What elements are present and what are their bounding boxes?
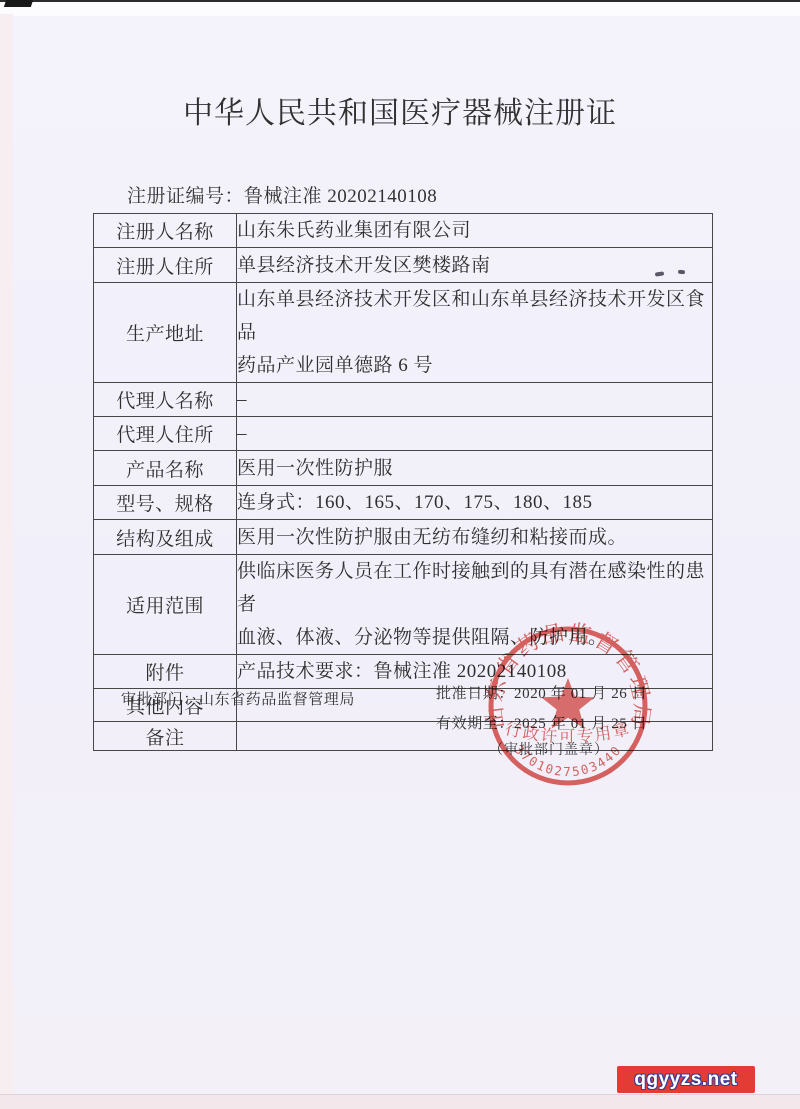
table-row: 生产地址 山东单县经济技术开发区和山东单县经济技术开发区食品 药品产业园单德路 … <box>94 283 713 383</box>
row-value: 医用一次性防护服 <box>237 451 713 486</box>
scan-edge-left <box>0 14 13 1094</box>
registration-number-line: 注册证编号：鲁械注准 20202140108 <box>127 181 437 208</box>
row-value: 单县经济技术开发区樊楼路南 <box>237 248 713 283</box>
table-row: 注册人住所 单县经济技术开发区樊楼路南 <box>94 248 713 283</box>
row-label: 附件 <box>94 655 237 689</box>
watermark-text: qgyyzs.net <box>634 1069 737 1091</box>
table-row: 结构及组成 医用一次性防护服由无纺布缝纫和粘接而成。 <box>94 520 713 555</box>
table-row: 型号、规格 连身式：160、165、170、175、180、185 <box>94 486 713 520</box>
table-row: 代理人名称 – <box>94 383 713 417</box>
scan-corner-artifact <box>4 0 33 7</box>
row-value: 山东单县经济技术开发区和山东单县经济技术开发区食品 药品产业园单德路 6 号 <box>237 283 713 383</box>
row-value: 连身式：160、165、170、175、180、185 <box>237 486 713 520</box>
table-row: 产品名称 医用一次性防护服 <box>94 451 713 486</box>
row-label: 代理人名称 <box>94 383 237 417</box>
row-value: 山东朱氏药业集团有限公司 <box>237 214 713 248</box>
seal-star-icon <box>541 678 594 729</box>
certificate-page: 中华人民共和国医疗器械注册证 注册证编号：鲁械注准 20202140108 注册… <box>0 0 800 1109</box>
row-value: – <box>237 417 713 451</box>
row-label: 型号、规格 <box>94 486 237 520</box>
row-label: 适用范围 <box>94 555 237 655</box>
row-label: 代理人住所 <box>94 417 237 451</box>
svg-text:行政许可专用章: 行政许可专用章 <box>503 718 633 746</box>
official-seal-stamp-icon: 山东省药品监督管理局 行政许可专用章 3701027503440 <box>468 606 668 806</box>
table-row: 代理人住所 – <box>94 417 713 451</box>
site-watermark: qgyyzs.net <box>617 1066 755 1093</box>
row-label: 注册人名称 <box>94 214 237 248</box>
approval-department: 审批部门：山东省药品监督管理局 <box>121 688 355 709</box>
row-label: 结构及组成 <box>94 520 237 555</box>
certificate-title: 中华人民共和国医疗器械注册证 <box>0 88 800 132</box>
row-value: – <box>237 383 713 417</box>
row-label: 注册人住所 <box>94 248 237 283</box>
row-label: 产品名称 <box>94 451 237 486</box>
row-value: 医用一次性防护服由无纺布缝纫和粘接而成。 <box>237 520 713 555</box>
row-label: 生产地址 <box>94 283 237 383</box>
scan-edge-top <box>0 0 800 16</box>
scan-edge-bottom <box>0 1094 800 1109</box>
seal-type-text: 行政许可专用章 <box>503 718 633 746</box>
row-label: 备注 <box>94 722 237 751</box>
table-row: 注册人名称 山东朱氏药业集团有限公司 <box>94 214 713 248</box>
scan-edge-line <box>0 0 800 2</box>
